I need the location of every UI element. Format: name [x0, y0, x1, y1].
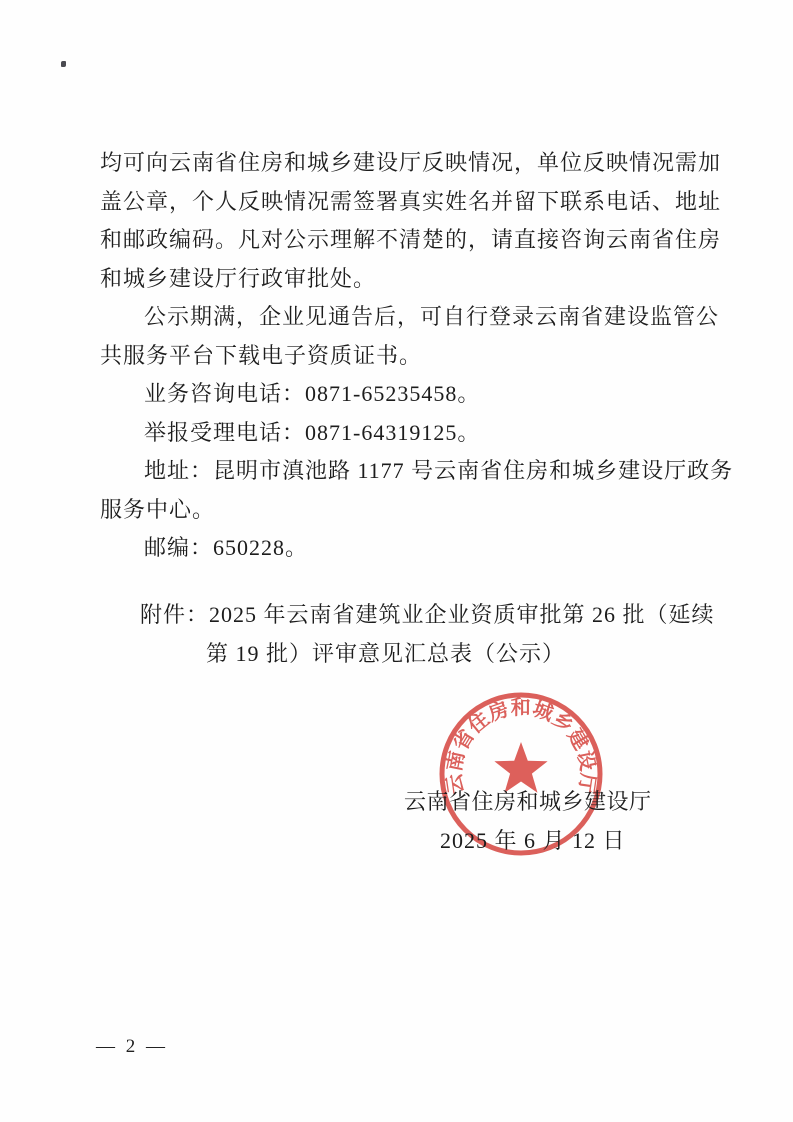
attachment-line-1: 附件：2025 年云南省建筑业企业资质审批第 26 批（延续	[100, 596, 720, 635]
notice-body-text: 均可向云南省住房和城乡建设厅反映情况，单位反映情况需加 盖公章，个人反映情况需签…	[100, 144, 700, 568]
seal-arc-text: 云南省住房和城乡建设厅	[442, 695, 599, 795]
red-star-icon	[494, 742, 547, 793]
body-line: 和邮政编码。凡对公示理解不清楚的，请直接咨询云南省住房	[100, 221, 700, 260]
attachment-block: 附件：2025 年云南省建筑业企业资质审批第 26 批（延续 第 19 批）评审…	[100, 596, 720, 673]
document-page: 均可向云南省住房和城乡建设厅反映情况，单位反映情况需加 盖公章，个人反映情况需签…	[0, 0, 793, 1122]
svg-text:云南省住房和城乡建设厅: 云南省住房和城乡建设厅	[442, 695, 599, 795]
body-line: 和城乡建设厅行政审批处。	[100, 260, 700, 299]
phone-line-business: 业务咨询电话：0871-65235458。	[100, 375, 700, 414]
body-line: 均可向云南省住房和城乡建设厅反映情况，单位反映情况需加	[100, 144, 700, 183]
phone-line-report: 举报受理电话：0871-64319125。	[100, 414, 700, 453]
body-line: 盖公章，个人反映情况需签署真实姓名并留下联系电话、地址	[100, 183, 700, 222]
address-line: 地址：昆明市滇池路 1177 号云南省住房和城乡建设厅政务	[100, 452, 700, 491]
attachment-line-2: 第 19 批）评审意见汇总表（公示）	[100, 635, 720, 674]
postal-code-line: 邮编：650228。	[100, 529, 700, 568]
issuing-agency-signature: 云南省住房和城乡建设厅	[404, 789, 650, 815]
address-line-continued: 服务中心。	[100, 491, 700, 530]
issue-date: 2025 年 6 月 12 日	[440, 828, 640, 854]
body-line: 公示期满，企业见通告后，可自行登录云南省建设监管公	[100, 298, 700, 337]
scan-artifact-speck	[61, 61, 66, 67]
body-line: 共服务平台下载电子资质证书。	[100, 337, 700, 376]
page-number: — 2 —	[96, 1036, 168, 1058]
